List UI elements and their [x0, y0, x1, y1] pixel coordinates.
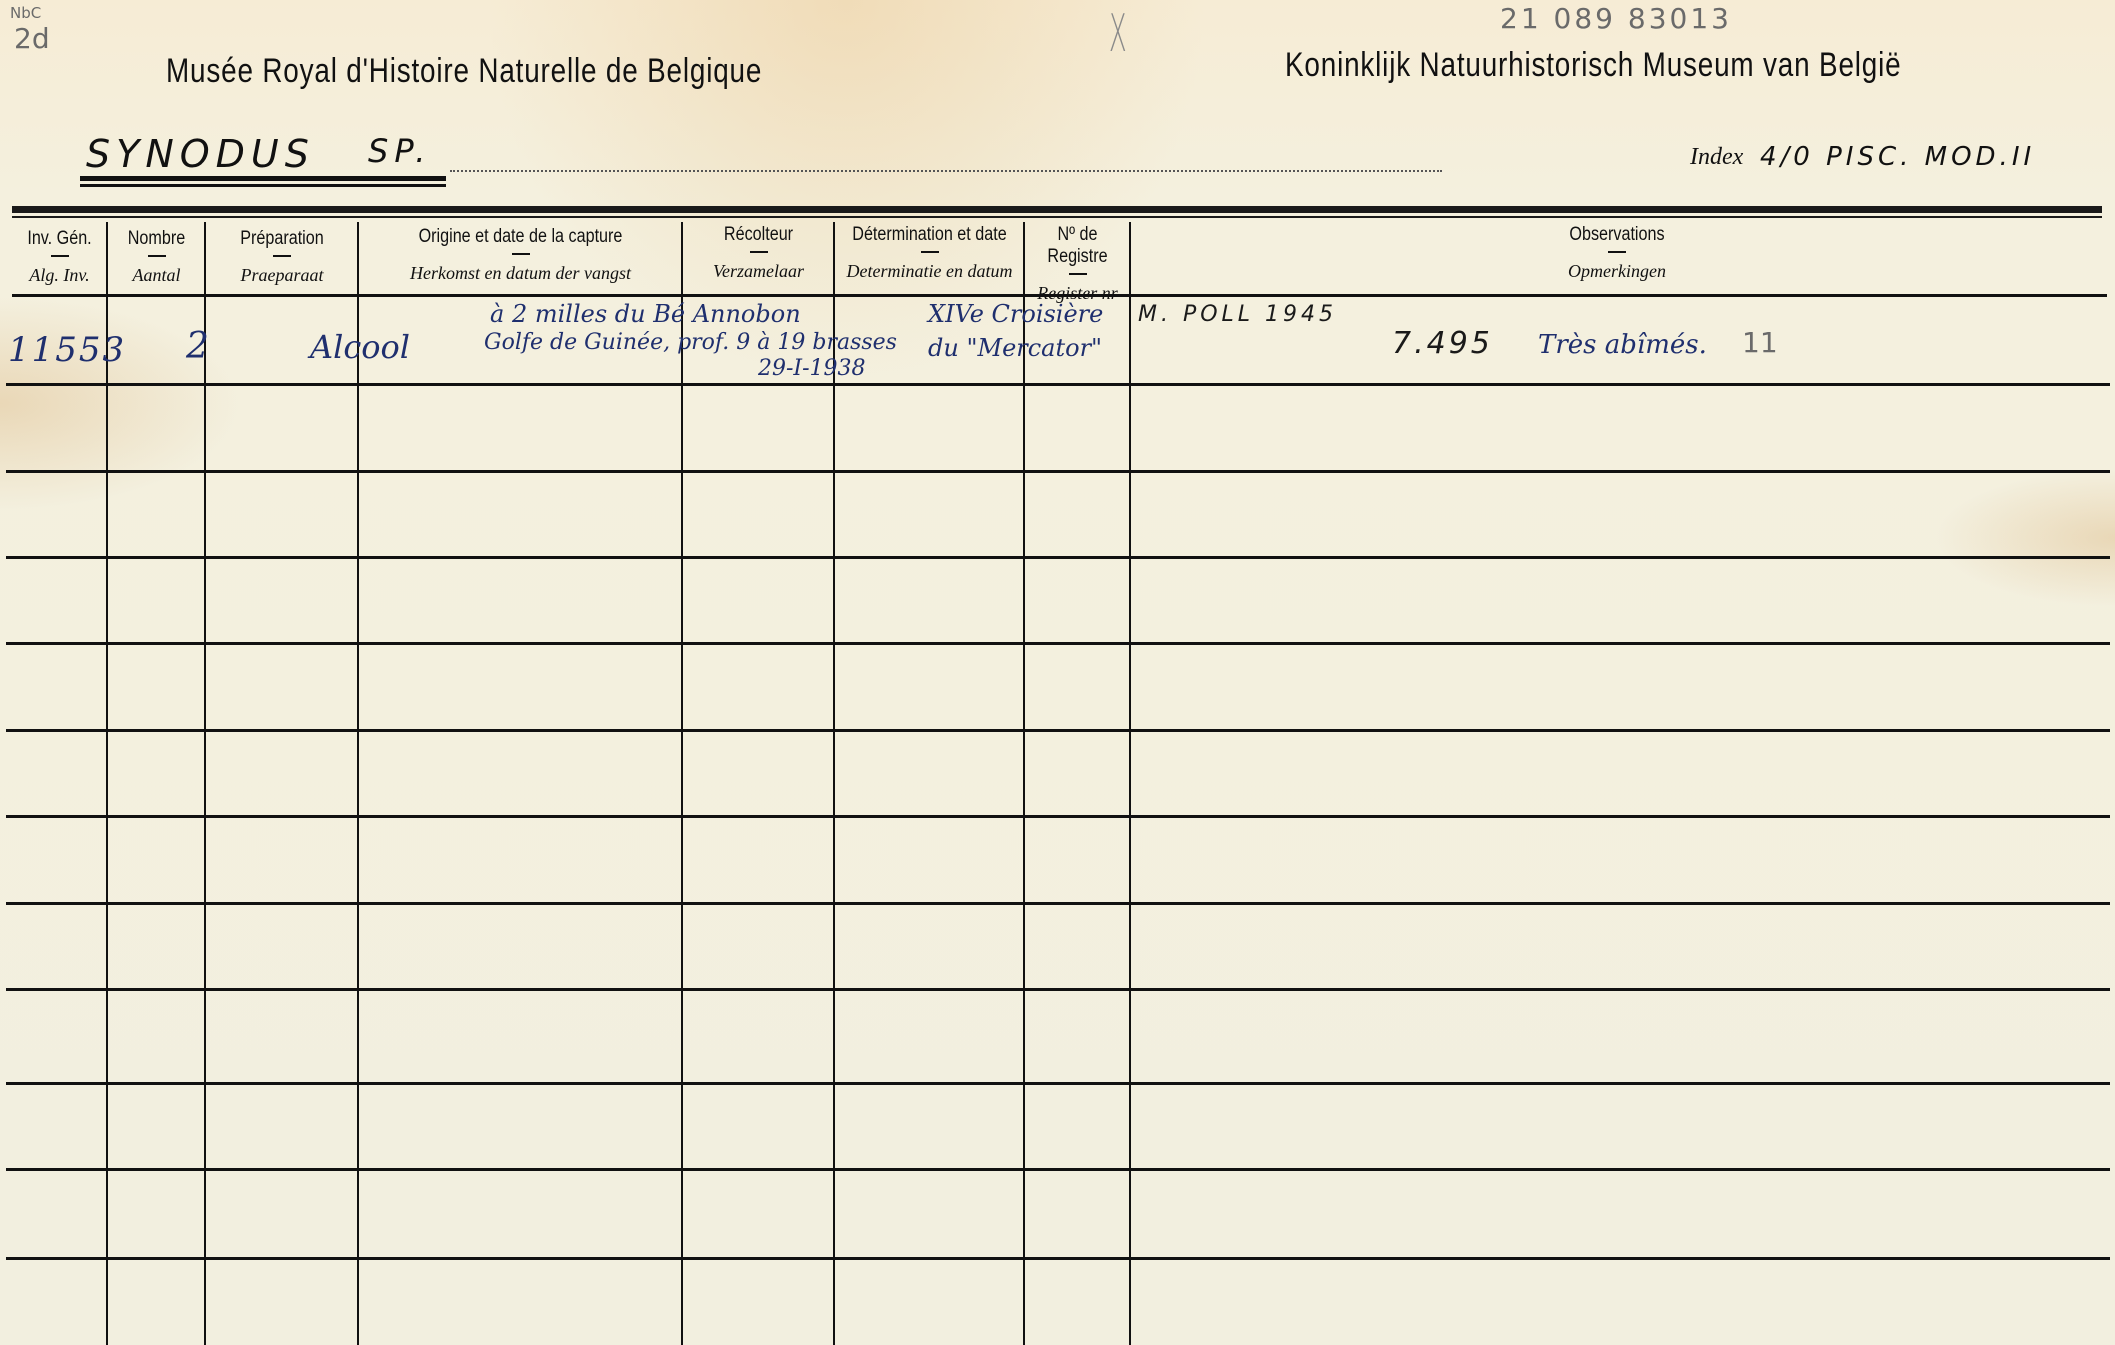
col-header-nombre: NombreAantal	[108, 228, 205, 286]
row-divider	[6, 729, 2110, 732]
cell-observations-pencil: 11	[1742, 326, 1778, 359]
row-divider	[6, 988, 2110, 991]
index-label: Index	[1690, 144, 1743, 171]
column-divider	[1129, 222, 1131, 1345]
species-underline	[80, 176, 446, 181]
cell-registre: 7.495	[1392, 326, 1493, 361]
cell-nombre: 2	[186, 326, 209, 367]
museum-title-nl: Koninklijk Natuurhistorisch Museum van B…	[1285, 46, 1901, 85]
cell-origine-date: 29-I-1938	[758, 356, 866, 381]
column-divider	[833, 222, 835, 1345]
row-divider	[6, 642, 2110, 645]
cell-origine-line2: Golfe de Guinée, prof. 9 à 19 brasses	[484, 330, 897, 355]
row-divider	[6, 1168, 2110, 1171]
cell-preparation: Alcool	[310, 328, 410, 366]
row-divider	[6, 470, 2110, 473]
row-divider	[6, 383, 2110, 386]
cell-recolteur-line2: du "Mercator"	[928, 334, 1102, 362]
column-divider	[204, 222, 206, 1345]
row-divider	[6, 902, 2110, 905]
specimen-index-card: NbC 2d X 21 089 83013 Musée Royal d'Hist…	[0, 0, 2115, 1345]
species-dotted-line	[450, 170, 1442, 172]
col-header-origine: Origine et date de la captureHerkomst en…	[359, 226, 682, 284]
row-divider	[6, 1082, 2110, 1085]
col-header-recolteur: RécolteurVerzamelaar	[683, 224, 834, 282]
cell-inv-gen: 11553	[8, 330, 126, 370]
column-divider	[681, 222, 683, 1345]
corner-pencil-note-bottom: 2d	[14, 22, 50, 55]
pencil-cross-mark: X	[1109, 4, 1127, 64]
catalog-number-pencil: 21 089 83013	[1500, 2, 1732, 35]
col-header-registre: Nº de RegistreRegister nr	[1025, 224, 1130, 304]
species-name: SYNODUS	[86, 132, 315, 176]
species-qualifier: SP.	[368, 132, 431, 170]
column-divider	[1023, 222, 1025, 1345]
corner-pencil-note-top: NbC	[10, 4, 41, 22]
column-divider	[106, 222, 108, 1345]
table-top-rule-thin	[12, 216, 2102, 218]
col-header-inv-gen: Inv. Gén.Alg. Inv.	[12, 228, 107, 286]
row-divider	[6, 556, 2110, 559]
cell-origine-line1: à 2 milles du Bé Annobon	[490, 300, 801, 328]
row-divider	[6, 1257, 2110, 1260]
index-value: 4/0 PISC. MOD.II	[1760, 142, 2035, 172]
header-bottom-rule	[12, 294, 2107, 297]
cell-observations: Très abîmés.	[1538, 330, 1707, 360]
table-top-rule	[12, 206, 2102, 213]
row-divider	[6, 815, 2110, 818]
col-header-preparation: PréparationPraeparaat	[206, 228, 358, 286]
col-header-observations: ObservationsOpmerkingen	[1131, 224, 2103, 282]
species-underline-2	[80, 184, 446, 187]
cell-determination: M. POLL 1945	[1138, 302, 1337, 327]
museum-title-fr: Musée Royal d'Histoire Naturelle de Belg…	[166, 52, 762, 91]
cell-recolteur-line1: XIVe Croisière	[928, 300, 1103, 328]
col-header-determination: Détermination et dateDeterminatie en dat…	[835, 224, 1024, 282]
column-divider	[357, 222, 359, 1345]
